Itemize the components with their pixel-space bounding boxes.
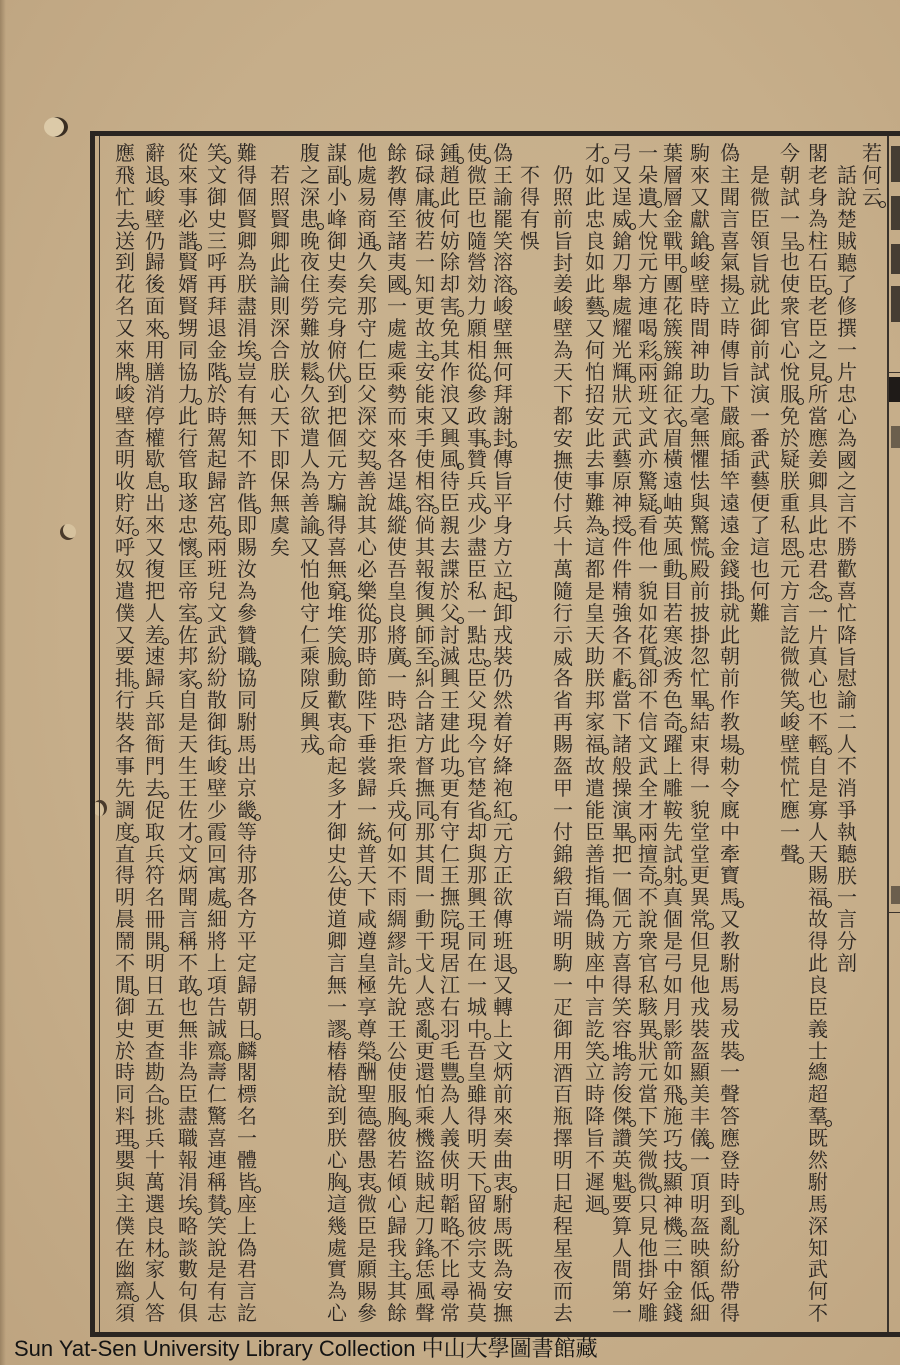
character: 掛 <box>635 1259 661 1281</box>
character: 行 <box>112 690 138 712</box>
character: 諸 <box>609 734 635 756</box>
character: 才 <box>635 800 661 822</box>
character: 即 <box>267 450 293 472</box>
character: 心 <box>267 384 293 406</box>
character: 作 <box>717 690 743 712</box>
character: 氣 <box>717 252 743 274</box>
character: 來 <box>142 515 168 537</box>
character: 為 <box>234 581 260 603</box>
frame-border-top <box>90 131 900 136</box>
character: 英 <box>660 515 686 537</box>
character: 非 <box>175 1041 201 1063</box>
character: 為 <box>805 209 831 231</box>
character: 插 <box>717 449 743 471</box>
character: 去 <box>437 537 463 559</box>
character: 却 <box>464 822 490 844</box>
character: 自 <box>175 690 201 712</box>
character: 朕 <box>582 668 608 690</box>
character: 手 <box>412 428 438 450</box>
character: 班 <box>490 931 516 953</box>
character: 心 <box>384 1194 410 1216</box>
character: 贊 <box>234 625 260 647</box>
character: 層 <box>660 165 686 187</box>
character: 更 <box>437 778 463 800</box>
character: 然 <box>490 690 516 712</box>
character: 與 <box>464 844 490 866</box>
character: 享 <box>354 997 380 1019</box>
character: 項 <box>204 975 230 997</box>
character: 卿 <box>324 931 350 953</box>
character: 文 <box>635 734 661 756</box>
character: 端 <box>550 909 576 931</box>
character: 得 <box>112 865 138 887</box>
character: 一 <box>687 778 713 800</box>
character: 免 <box>437 318 463 340</box>
character: 至 <box>384 209 410 231</box>
character: 寒 <box>660 625 686 647</box>
text-column: 謀副。小峰御史奏完身俯伏。到把個元方騙得喜無窮。堆笑臉。動歡衷。命起多才御史公。… <box>324 143 350 1325</box>
character: 橫 <box>660 449 686 471</box>
character: 言 <box>234 1281 260 1303</box>
character: 不 <box>805 712 831 734</box>
text-column: 若何云。 <box>859 143 885 209</box>
character: 樁 <box>324 1062 350 1084</box>
character: 那 <box>354 296 380 318</box>
character: 起 <box>412 1194 438 1216</box>
character: 各 <box>384 449 410 471</box>
character: 興 <box>464 887 490 909</box>
character: 官 <box>635 953 661 975</box>
character: 有 <box>437 800 463 822</box>
character: 賢 <box>267 209 293 231</box>
character: 師 <box>412 625 438 647</box>
character: 兵 <box>464 471 490 493</box>
character: 仍 <box>142 231 168 253</box>
character: 說 <box>354 493 380 515</box>
character: 之 <box>297 165 323 187</box>
character: 結 <box>687 712 713 734</box>
character: 臣 <box>464 187 490 209</box>
character: 悅 <box>635 231 661 253</box>
character: 身 <box>324 318 350 340</box>
character: 國 <box>834 450 860 472</box>
character: 天 <box>582 625 608 647</box>
character: 前 <box>717 668 743 690</box>
character: 匡 <box>175 559 201 581</box>
character: 俯 <box>324 340 350 362</box>
character: 兵 <box>142 1128 168 1150</box>
character: 簇 <box>660 340 686 362</box>
title-fragment <box>891 146 900 182</box>
character: 也 <box>464 209 490 231</box>
character: 深 <box>805 1216 831 1238</box>
character: 願 <box>354 1259 380 1281</box>
character: 能 <box>582 800 608 822</box>
character: 自 <box>805 756 831 778</box>
character: 又 <box>112 625 138 647</box>
character: 守 <box>354 318 380 340</box>
character: 說 <box>324 1084 350 1106</box>
character: 嚴 <box>717 406 743 428</box>
character: 何 <box>582 340 608 362</box>
character: 中 <box>660 1259 686 1281</box>
character: 御 <box>112 997 138 1019</box>
character: 為 <box>437 1084 463 1106</box>
character: 月 <box>660 997 686 1019</box>
character: 何 <box>437 209 463 231</box>
character: 是 <box>354 1238 380 1260</box>
character: 難 <box>234 143 260 165</box>
character: 臣 <box>464 668 490 690</box>
character: 教 <box>384 165 410 187</box>
character: 文 <box>204 165 230 187</box>
character: 現 <box>437 931 463 953</box>
character: 鞍 <box>660 800 686 822</box>
character: 協 <box>234 668 260 690</box>
character: 此 <box>805 515 831 537</box>
character: 上 <box>234 1216 260 1238</box>
character: 夜 <box>550 1260 576 1282</box>
character: 名 <box>234 1106 260 1128</box>
character: 一 <box>609 1303 635 1325</box>
character: 言 <box>582 997 608 1019</box>
character: 裳 <box>354 756 380 778</box>
character: 立 <box>582 1062 608 1084</box>
binding-hole <box>44 117 68 137</box>
character: 先 <box>384 975 410 997</box>
character: 戎 <box>717 1019 743 1041</box>
character: 何 <box>490 362 516 384</box>
character: 從 <box>175 143 201 165</box>
character: 箭 <box>660 1041 686 1063</box>
character: 賢 <box>175 296 201 318</box>
character: 令 <box>717 778 743 800</box>
character: 盔 <box>550 756 576 778</box>
character: 公 <box>384 1041 410 1063</box>
character: 得 <box>464 1106 490 1128</box>
character: 談 <box>175 1238 201 1260</box>
character: 壽 <box>204 1062 230 1084</box>
character: 喜 <box>717 231 743 253</box>
character: 又 <box>142 537 168 559</box>
character: 風 <box>660 537 686 559</box>
character: 驚 <box>204 1106 230 1128</box>
character: 言 <box>834 909 860 931</box>
character: 諜 <box>437 559 463 581</box>
character: 神 <box>609 493 635 515</box>
character: 怯 <box>687 471 713 493</box>
character: 去 <box>550 1303 576 1325</box>
character: 拜 <box>204 296 230 318</box>
character: 拜 <box>490 384 516 406</box>
character: 歡 <box>834 559 860 581</box>
character: 無 <box>324 975 350 997</box>
character: 有 <box>204 1281 230 1303</box>
character: 難 <box>747 603 773 625</box>
character: 面 <box>142 296 168 318</box>
character: 峻 <box>550 296 576 318</box>
character: 驚 <box>687 515 713 537</box>
character: 其 <box>437 340 463 362</box>
character: 方 <box>635 274 661 296</box>
character: 酬 <box>354 1062 380 1084</box>
character: 服 <box>384 1084 410 1106</box>
character: 姜 <box>805 449 831 471</box>
character: 秀 <box>660 668 686 690</box>
character: 僕 <box>112 603 138 625</box>
character: 少 <box>204 800 230 822</box>
character: 言 <box>717 209 743 231</box>
character: 雖 <box>464 1084 490 1106</box>
character: 其 <box>384 1281 410 1303</box>
character: 巧 <box>660 1128 686 1150</box>
character: 留 <box>464 1194 490 1216</box>
character: 不 <box>437 1238 463 1260</box>
character: 仍 <box>550 165 576 187</box>
character: 欲 <box>297 406 323 428</box>
character: 尋 <box>437 1281 463 1303</box>
character: 中 <box>717 822 743 844</box>
character: 衆 <box>384 756 410 778</box>
character: 又 <box>490 975 516 997</box>
character: 般 <box>609 756 635 778</box>
character: 錢 <box>660 1303 686 1325</box>
character: 時 <box>687 296 713 318</box>
character: 如 <box>660 1062 686 1084</box>
character: 不 <box>805 1303 831 1325</box>
character: 來 <box>384 428 410 450</box>
character: 動 <box>412 909 438 931</box>
character: 稱 <box>175 931 201 953</box>
character: 弓 <box>609 143 635 165</box>
character: 閣 <box>805 143 831 165</box>
character: 霞 <box>204 822 230 844</box>
text-column: 若照賢卿此論則深合朕心天下即保無虞矣 <box>267 165 293 559</box>
character: 然 <box>805 1150 831 1172</box>
character: 連 <box>204 1150 230 1172</box>
character: 起 <box>204 449 230 471</box>
character: 一 <box>635 143 661 165</box>
character: 遣 <box>582 778 608 800</box>
character: 各 <box>234 887 260 909</box>
character: 如 <box>635 603 661 625</box>
character: 喜 <box>324 537 350 559</box>
character: 餘 <box>384 1303 410 1325</box>
character: 臣 <box>175 1084 201 1106</box>
character: 亂 <box>717 1216 743 1238</box>
character: 藝 <box>609 449 635 471</box>
character: 當 <box>805 406 831 428</box>
character: 有 <box>517 209 543 231</box>
character: 撫 <box>550 450 576 472</box>
character: 一 <box>777 209 803 231</box>
character: 貯 <box>112 493 138 515</box>
character: 來 <box>687 165 713 187</box>
character: 又 <box>297 537 323 559</box>
character: 微 <box>464 165 490 187</box>
character: 政 <box>464 406 490 428</box>
character: 皇 <box>384 581 410 603</box>
character: 歸 <box>142 252 168 274</box>
character: 助 <box>582 646 608 668</box>
character: 仁 <box>297 625 323 647</box>
character: 若 <box>267 165 293 187</box>
character: 心 <box>805 668 831 690</box>
character: 又 <box>582 318 608 340</box>
character: 討 <box>437 625 463 647</box>
character: 刀 <box>609 252 635 274</box>
character: 婿 <box>175 274 201 296</box>
character: 官 <box>464 756 490 778</box>
character: 莫 <box>464 1303 490 1325</box>
character: 名 <box>142 887 168 909</box>
character: 光 <box>609 340 635 362</box>
character: 晨 <box>112 909 138 931</box>
character: 盜 <box>412 1150 438 1172</box>
character: 主 <box>717 165 743 187</box>
character: 豈 <box>234 362 260 384</box>
character: 得 <box>324 515 350 537</box>
character: 日 <box>142 975 168 997</box>
character: 相 <box>412 471 438 493</box>
character: 文 <box>635 406 661 428</box>
character: 慌 <box>777 756 803 778</box>
character: 何 <box>859 165 885 187</box>
character: 番 <box>747 428 773 450</box>
character: 為 <box>234 252 260 274</box>
character: 狀 <box>609 384 635 406</box>
character: 到 <box>324 1106 350 1128</box>
character: 片 <box>834 362 860 384</box>
character: 武 <box>747 450 773 472</box>
character: 得 <box>234 165 260 187</box>
character: 興 <box>412 603 438 625</box>
character: 寓 <box>204 865 230 887</box>
character: 忠 <box>805 537 831 559</box>
character: 轉 <box>490 997 516 1019</box>
character: 聽 <box>834 844 860 866</box>
character: 一 <box>609 865 635 887</box>
character: 演 <box>747 384 773 406</box>
character: 神 <box>687 340 713 362</box>
character: 得 <box>609 975 635 997</box>
character: 上 <box>490 1019 516 1041</box>
title-fragment <box>891 244 900 274</box>
character: 疋 <box>550 997 576 1019</box>
character: 時 <box>717 1172 743 1194</box>
character: 兒 <box>204 581 230 603</box>
character: 遣 <box>112 581 138 603</box>
character: 傳 <box>717 340 743 362</box>
text-column: 辭退。峻壁仍歸後面來。用膳消停權歇息。出來又復把人差。速歸兵部衙門去。促取兵符名… <box>142 143 168 1325</box>
character: 剖 <box>834 953 860 975</box>
character: 料 <box>112 1106 138 1128</box>
character: 驚 <box>635 471 661 493</box>
character: 遣 <box>297 428 323 450</box>
character: 堂 <box>687 822 713 844</box>
character: 如 <box>660 975 686 997</box>
character: 歸 <box>354 778 380 800</box>
character: 更 <box>687 865 713 887</box>
character: 起 <box>550 1194 576 1216</box>
character: 方 <box>609 931 635 953</box>
character: 元 <box>635 252 661 274</box>
character: 降 <box>582 1106 608 1128</box>
character: 後 <box>142 274 168 296</box>
character: 邦 <box>582 690 608 712</box>
character: 即 <box>234 515 260 537</box>
character: 說 <box>204 1238 230 1260</box>
character: 人 <box>609 1238 635 1260</box>
character: 萬 <box>142 1172 168 1194</box>
text-column: 腹之深患。晚夜住勞難放鬆。久欲遣人為善諭。又怕他守仁乘隙反興戎。 <box>297 143 323 756</box>
character: 為 <box>490 1259 516 1281</box>
character: 在 <box>464 953 490 975</box>
character: 立 <box>717 296 743 318</box>
character: 騙 <box>324 493 350 515</box>
character: 原 <box>609 471 635 493</box>
character: 安 <box>490 1281 516 1303</box>
character: 一 <box>412 252 438 274</box>
character: 件 <box>609 559 635 581</box>
character: 就 <box>747 274 773 296</box>
character: 再 <box>550 712 576 734</box>
character: 韜 <box>437 1194 463 1216</box>
character: 一 <box>412 887 438 909</box>
character: 不 <box>635 690 661 712</box>
character: 征 <box>660 384 686 406</box>
character: 一 <box>805 603 831 625</box>
character: 一 <box>717 1062 743 1084</box>
text-column: 閣老身為柱石臣。老臣之見。所當應姜卿具此忠君念。一片真心也不輕。自是寡人天賜福。… <box>805 143 831 1325</box>
character: 告 <box>204 997 230 1019</box>
character: 私 <box>464 581 490 603</box>
character: 不 <box>175 953 201 975</box>
character: 惑 <box>412 997 438 1019</box>
character: 牽 <box>717 844 743 866</box>
character: 用 <box>550 1041 576 1063</box>
character: 武 <box>609 428 635 450</box>
character: 殿 <box>687 559 713 581</box>
character: 吾 <box>384 559 410 581</box>
character: 御 <box>550 1019 576 1041</box>
character: 雕 <box>660 778 686 800</box>
character: 真 <box>660 887 686 909</box>
character: 美 <box>687 1084 713 1106</box>
character: 駙 <box>490 1194 516 1216</box>
character: 個 <box>660 909 686 931</box>
character: 若 <box>660 603 686 625</box>
character: 忙 <box>834 603 860 625</box>
character: 把 <box>324 406 350 428</box>
character: 須 <box>112 1303 138 1325</box>
character: 諭 <box>490 187 516 209</box>
character: 操 <box>609 778 635 800</box>
text-column: 才。如此忠良如此藝。又何怕招安此去事難為。這都是皇天助朕邦家福。故遣能臣善指揮。… <box>582 143 608 1216</box>
character: 處 <box>609 296 635 318</box>
character: 瓶 <box>550 1106 576 1128</box>
character: 促 <box>142 800 168 822</box>
character: 明 <box>112 449 138 471</box>
character: 門 <box>142 756 168 778</box>
character: 也 <box>747 559 773 581</box>
character: 悞 <box>517 231 543 253</box>
character: 領 <box>747 231 773 253</box>
character: 奏 <box>490 1128 516 1150</box>
character: 言 <box>834 493 860 515</box>
character: 得 <box>717 1303 743 1325</box>
character: 久 <box>354 252 380 274</box>
